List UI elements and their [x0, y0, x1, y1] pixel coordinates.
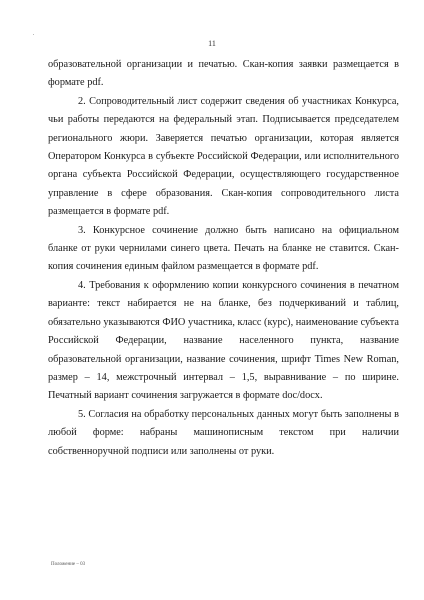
paragraph-continuation: образовательной организации и печатью. С… [48, 56, 399, 93]
page-footer: Положение – 03 [51, 562, 85, 567]
paragraph-3: 3. Конкурсное сочинение должно быть напи… [48, 222, 399, 277]
paragraph-4: 4. Требования к оформлению копии конкурс… [48, 277, 399, 406]
paragraph-5: 5. Согласия на обработку персональных да… [48, 406, 399, 461]
page-number: 11 [0, 39, 424, 48]
document-body: образовательной организации и печатью. С… [48, 56, 399, 461]
scan-speck [33, 34, 34, 35]
paragraph-2: 2. Сопроводительный лист содержит сведен… [48, 93, 399, 222]
